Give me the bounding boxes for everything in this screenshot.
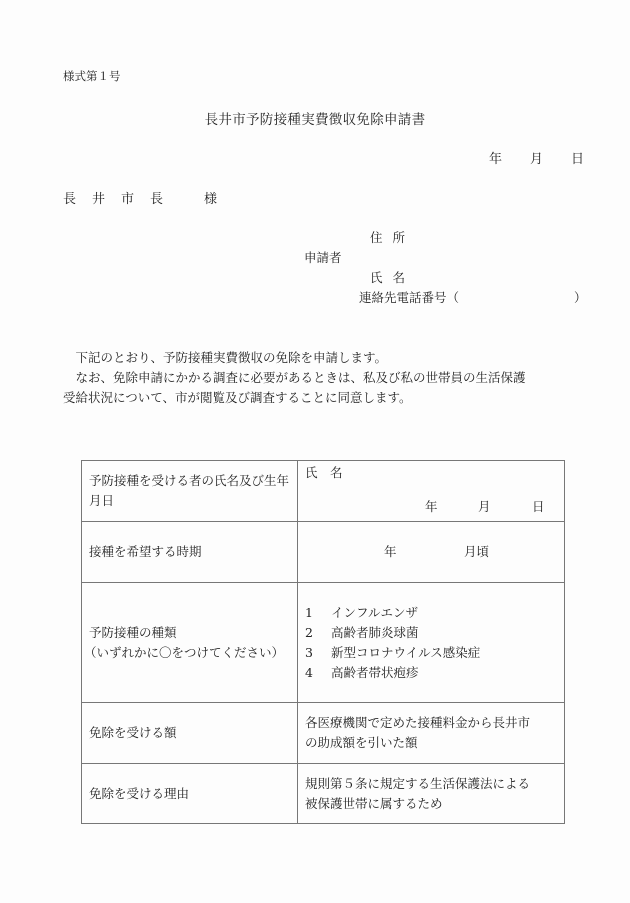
row-label: 予防接種の種類 （いずれかに〇をつけてください） bbox=[82, 583, 298, 703]
birth-day: 日 bbox=[532, 497, 545, 517]
body-paragraph: なお、免除申請にかかる調査に必要があるときは、私及び私の世帯員の生活保護 bbox=[63, 368, 526, 386]
document-title: 長井市予防接種実費徴収免除申請書 bbox=[0, 108, 630, 128]
option-text: 高齢者肺炎球菌 bbox=[331, 625, 419, 640]
desired-period-field[interactable]: 年 月頃 bbox=[298, 522, 565, 583]
addressee-char: 長 bbox=[150, 188, 204, 207]
exemption-amount: 各医療機関で定めた接種料金から長井市 の助成額を引いた額 bbox=[298, 703, 565, 764]
applicant-address-label: 住所 bbox=[370, 228, 415, 246]
body-paragraph: 下記のとおり、予防接種実費徴収の免除を申請します。 bbox=[63, 348, 387, 366]
addressee: 長井市長様 bbox=[63, 188, 217, 207]
birth-month: 月 bbox=[478, 497, 491, 517]
date-year: 年 bbox=[489, 148, 502, 167]
row-label: 接種を希望する時期 bbox=[82, 522, 298, 583]
row-label-text: 予防接種の種類 bbox=[89, 623, 297, 643]
option-number: 4 bbox=[305, 663, 331, 683]
row-label: 免除を受ける理由 bbox=[82, 764, 298, 824]
value-line: 各医療機関で定めた接種料金から長井市 bbox=[305, 713, 564, 733]
birth-year: 年 bbox=[425, 497, 438, 517]
date-month: 月 bbox=[530, 148, 543, 167]
vaccine-type-options: 1インフルエンザ 2高齢者肺炎球菌 3新型コロナウイルス感染症 4高齢者帯状疱疹 bbox=[298, 583, 565, 703]
value-line: 規則第５条に規定する生活保護法による bbox=[305, 774, 564, 794]
vaccine-option[interactable]: 1インフルエンザ bbox=[305, 603, 564, 623]
option-text: 新型コロナウイルス感染症 bbox=[331, 645, 480, 660]
vaccine-option[interactable]: 2高齢者肺炎球菌 bbox=[305, 623, 564, 643]
row-label: 予防接種を受ける者の氏名及び生年月日 bbox=[82, 461, 298, 522]
table-row: 予防接種の種類 （いずれかに〇をつけてください） 1インフルエンザ 2高齢者肺炎… bbox=[82, 583, 565, 703]
date-day: 日 bbox=[571, 148, 584, 167]
addressee-honorific: 様 bbox=[204, 188, 217, 207]
addressee-char: 市 bbox=[121, 188, 150, 207]
body-paragraph: 受給状況について、市が閲覧及び調査することに同意します。 bbox=[63, 388, 412, 406]
row-label-subtext: （いずれかに〇をつけてください） bbox=[84, 643, 297, 663]
addressee-char: 長 bbox=[63, 188, 92, 207]
value-line: 被保護世帯に属するため bbox=[305, 794, 564, 814]
option-number: 2 bbox=[305, 623, 331, 643]
row-label-text: 予防接種を受ける者の氏名及び生年月日 bbox=[89, 471, 289, 511]
row-label: 免除を受ける額 bbox=[82, 703, 298, 764]
vaccine-option[interactable]: 3新型コロナウイルス感染症 bbox=[305, 643, 564, 663]
vaccine-option[interactable]: 4高齢者帯状疱疹 bbox=[305, 663, 564, 683]
table-row: 接種を希望する時期 年 月頃 bbox=[82, 522, 565, 583]
period-year: 年 bbox=[384, 542, 397, 562]
period-month: 月頃 bbox=[464, 542, 489, 562]
addressee-char: 井 bbox=[92, 188, 121, 207]
applicant-phone-close: ） bbox=[574, 288, 587, 306]
table-row: 予防接種を受ける者の氏名及び生年月日 氏 名 年 月 日 bbox=[82, 461, 565, 522]
application-table: 予防接種を受ける者の氏名及び生年月日 氏 名 年 月 日 接種を希望する時期 年… bbox=[81, 460, 565, 824]
option-text: 高齢者帯状疱疹 bbox=[331, 665, 419, 680]
option-number: 3 bbox=[305, 643, 331, 663]
applicant-phone-label: 連絡先電話番号（ bbox=[359, 288, 459, 306]
recipient-name-birthdate-field[interactable]: 氏 名 年 月 日 bbox=[298, 461, 565, 522]
exemption-reason: 規則第５条に規定する生活保護法による 被保護世帯に属するため bbox=[298, 764, 565, 824]
table-row: 免除を受ける額 各医療機関で定めた接種料金から長井市 の助成額を引いた額 bbox=[82, 703, 565, 764]
option-number: 1 bbox=[305, 603, 331, 623]
value-line: の助成額を引いた額 bbox=[305, 733, 564, 753]
applicant-label: 申請者 bbox=[304, 248, 342, 266]
recipient-name-label: 氏 名 bbox=[305, 461, 564, 483]
form-number: 様式第１号 bbox=[63, 68, 121, 84]
table-row: 免除を受ける理由 規則第５条に規定する生活保護法による 被保護世帯に属するため bbox=[82, 764, 565, 824]
option-text: インフルエンザ bbox=[331, 605, 418, 620]
applicant-name-label: 氏名 bbox=[370, 268, 415, 286]
